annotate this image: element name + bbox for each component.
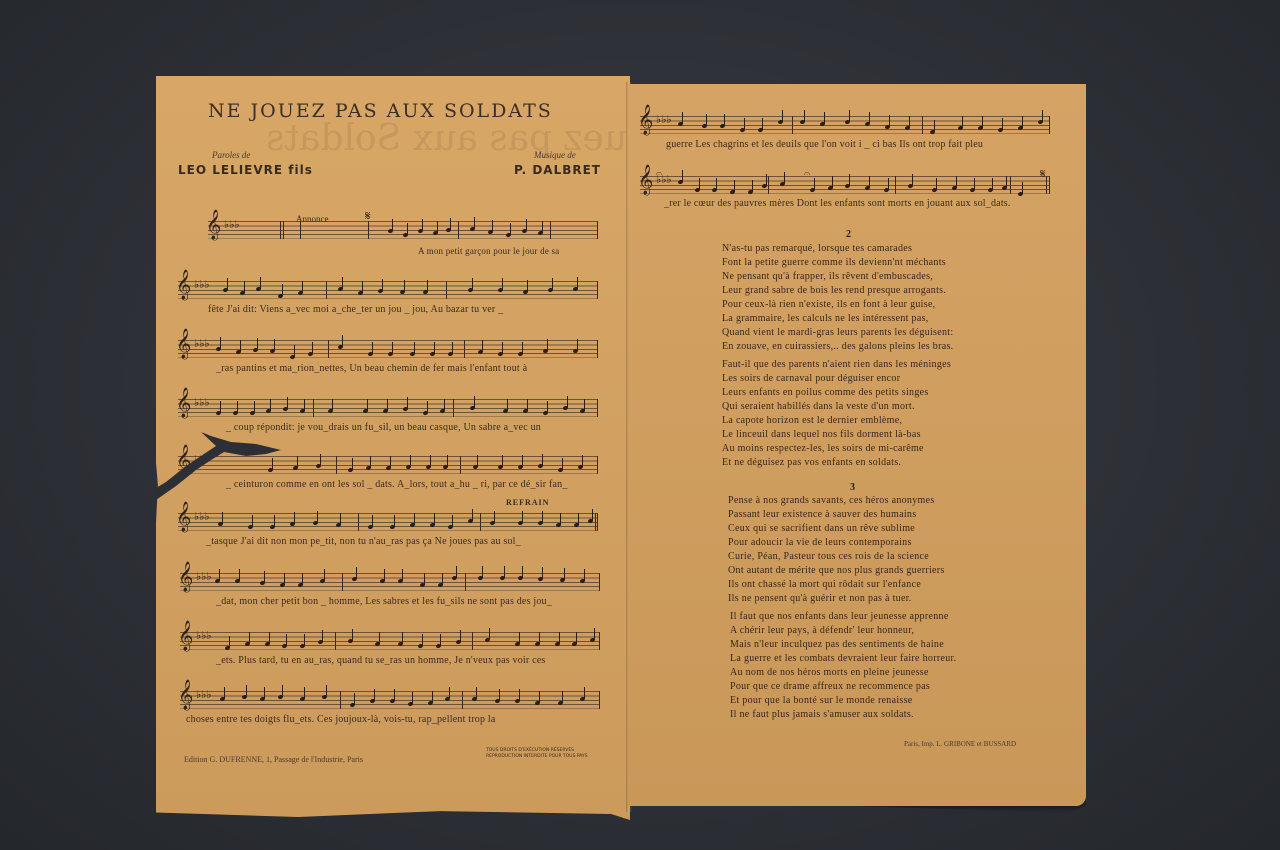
note-stem xyxy=(387,399,388,411)
note-stem xyxy=(249,632,250,644)
note-stem xyxy=(444,399,445,411)
note-stem xyxy=(547,401,548,413)
lyric-line-6: _tasque J'ai dit non mon pe_tit, non tu … xyxy=(206,536,521,547)
note-stem xyxy=(239,569,240,581)
note-stem xyxy=(370,456,371,468)
note-stem xyxy=(342,335,343,347)
publisher-imprint: Edition G. DUFRENNE, 1, Passage de l'Ind… xyxy=(184,755,363,764)
music-staff-10: 𝄞♭♭♭ xyxy=(640,116,1050,134)
treble-clef-icon: 𝄞 xyxy=(638,107,653,133)
note-stem xyxy=(414,513,415,525)
note-stem xyxy=(477,455,478,467)
music-staff-8: 𝄞♭♭♭ xyxy=(180,632,600,650)
fermata-icon: 𝄐 xyxy=(804,168,810,181)
song-title: NE JOUEZ PAS AUX SOLDATS xyxy=(208,100,553,122)
verse-line: Leurs enfants en poilus comme des petits… xyxy=(722,387,929,398)
note-stem xyxy=(294,512,295,524)
note-stem xyxy=(527,280,528,292)
note-stem xyxy=(956,176,957,188)
rights-notice: TOUS DROITS D'EXÉCUTION RÉSERVÉS REPRODU… xyxy=(486,748,588,760)
note-stem xyxy=(547,339,548,351)
note-stem xyxy=(539,632,540,644)
note-stem xyxy=(427,401,428,413)
verse-line: Ils ne pensent qu'à guérir et non pas à … xyxy=(728,593,912,604)
note-stem xyxy=(412,692,413,704)
note-stem xyxy=(849,174,850,186)
note-stem xyxy=(522,455,523,467)
note-stem xyxy=(274,339,275,351)
note-stem xyxy=(594,628,595,640)
note-stem xyxy=(542,454,543,466)
note-stem xyxy=(352,458,353,470)
note-stem xyxy=(220,337,221,349)
note-stem xyxy=(552,278,553,290)
verse-line: Curie, Péan, Pasteur tous ces rois de la… xyxy=(728,551,929,562)
note-stem xyxy=(332,399,333,411)
lyric-line-2: fête J'ai dit: Viens a_vec moi a_che_ter… xyxy=(208,304,503,315)
treble-clef-icon: 𝄞 xyxy=(176,390,191,416)
composer-label: Musique de xyxy=(534,150,576,160)
note-stem xyxy=(367,399,368,411)
note-stem xyxy=(824,112,825,124)
note-stem xyxy=(869,112,870,124)
music-staff-7: 𝄞♭♭♭ xyxy=(180,573,600,591)
note-stem xyxy=(510,223,511,235)
note-stem xyxy=(502,278,503,290)
note-stem xyxy=(934,120,935,132)
verse-number: 3 xyxy=(850,482,855,493)
treble-clef-icon: 𝄞 xyxy=(176,272,191,298)
note-stem xyxy=(782,110,783,122)
note-stem xyxy=(562,458,563,470)
note-stem xyxy=(499,689,500,701)
note-stem xyxy=(472,509,473,521)
note-stem xyxy=(1006,176,1007,188)
note-stem xyxy=(526,219,527,231)
note-stem xyxy=(450,218,451,230)
lyric-line-11: _rer le cœur des pauvres mères Dont les … xyxy=(664,198,1011,209)
note-stem xyxy=(682,112,683,124)
note-stem xyxy=(699,178,700,190)
note-stem xyxy=(482,566,483,578)
note-stem xyxy=(734,180,735,192)
note-stem xyxy=(407,223,408,235)
note-stem xyxy=(354,693,355,705)
note-stem xyxy=(869,176,870,188)
note-stem xyxy=(222,512,223,524)
note-stem xyxy=(240,340,241,352)
note-stem xyxy=(372,515,373,527)
treble-clef-icon: 𝄞 xyxy=(178,623,193,649)
note-stem xyxy=(744,118,745,130)
verse-line: Leur grand sabre de bois les rend presqu… xyxy=(722,285,946,296)
verse-line: Et pour que la bonté sur le monde renais… xyxy=(730,695,913,706)
music-staff-3: 𝄞♭♭♭ xyxy=(178,340,598,358)
note-stem xyxy=(804,110,805,122)
note-stem xyxy=(1042,110,1043,122)
note-stem xyxy=(936,178,937,190)
note-stem xyxy=(562,691,563,703)
note-stem xyxy=(449,687,450,699)
note-stem xyxy=(424,573,425,585)
note-stem xyxy=(356,567,357,579)
note-stem xyxy=(342,277,343,289)
lyric-line-9: choses entre tes doigts flu_ets. Ces jou… xyxy=(186,714,496,725)
verse-line: En zouave, en cuirassiers,.. des galons … xyxy=(722,341,953,352)
note-stem xyxy=(410,455,411,467)
note-stem xyxy=(522,342,523,354)
note-stem xyxy=(724,114,725,126)
verse-line: Il faut que nos enfants dans leur jeunes… xyxy=(730,611,949,622)
note-stem xyxy=(527,399,528,411)
note-stem xyxy=(974,178,975,190)
note-stem xyxy=(274,515,275,527)
note-stem xyxy=(394,515,395,527)
note-stem xyxy=(576,632,577,644)
music-staff-9: 𝄞♭♭♭ xyxy=(180,691,600,709)
note-stem xyxy=(456,566,457,578)
lyric-line-8: _ets. Plus tard, tu en au_ras, quand tu … xyxy=(216,655,545,666)
note-stem xyxy=(244,281,245,293)
treble-clef-icon: 𝄞 xyxy=(178,564,193,590)
verse-line: Ils ont chassé la mort qui rôdait sur l'… xyxy=(728,579,921,590)
note-stem xyxy=(489,628,490,640)
note-stem xyxy=(246,685,247,697)
note-stem xyxy=(542,221,543,233)
note-stem xyxy=(889,115,890,127)
verse-line: Et ne déguisez pas vos enfants en soldat… xyxy=(722,457,901,468)
note-stem xyxy=(912,174,913,186)
music-staff-4: 𝄞♭♭♭ xyxy=(178,399,598,417)
fermata-icon: 𝄐 xyxy=(656,168,662,181)
note-stem xyxy=(474,396,475,408)
rights-line-2: REPRODUCTION INTERDITE POUR TOUS PAYS xyxy=(486,754,588,760)
note-stem xyxy=(394,689,395,701)
note-stem xyxy=(326,685,327,697)
verse-line: Pour adoucir la vie de leurs contemporai… xyxy=(728,537,912,548)
note-stem xyxy=(447,455,448,467)
note-stem xyxy=(502,342,503,354)
lyricist-name: LEO LELIEVRE fils xyxy=(178,163,313,177)
note-stem xyxy=(752,180,753,192)
note-stem xyxy=(577,277,578,289)
note-stem xyxy=(982,116,983,128)
treble-clef-icon: 𝄞 xyxy=(638,167,653,193)
lyric-line-3: _ras pantins et ma_rion_nettes, Un beau … xyxy=(216,363,527,374)
note-stem xyxy=(578,513,579,525)
note-stem xyxy=(716,178,717,190)
verse-line: Pense à nos grands savants, ces héros an… xyxy=(728,495,935,506)
note-stem xyxy=(340,513,341,525)
note-stem xyxy=(434,342,435,354)
verse-line: Au nom de nos héros morts en pleine jeun… xyxy=(730,667,929,678)
note-stem xyxy=(494,511,495,523)
verse-number: 2 xyxy=(846,229,851,240)
note-stem xyxy=(402,569,403,581)
note-stem xyxy=(1022,182,1023,194)
lyric-line-1: A mon petit garçon pour le jour de sa xyxy=(418,246,559,256)
note-stem xyxy=(254,401,255,413)
verse-line: Font la petite guerre comme ils devienn'… xyxy=(722,257,946,268)
note-stem xyxy=(888,178,889,190)
sheet-music-right-page: 𝄞♭♭♭ guerre Les chagrins et les deuils q… xyxy=(628,84,1086,806)
note-stem xyxy=(322,630,323,642)
note-stem xyxy=(442,573,443,585)
note-stem xyxy=(282,685,283,697)
note-stem xyxy=(706,114,707,126)
note-stem xyxy=(962,116,963,128)
note-stem xyxy=(227,278,228,290)
note-stem xyxy=(507,399,508,411)
note-stem xyxy=(762,118,763,130)
note-stem xyxy=(264,571,265,583)
note-stem xyxy=(584,569,585,581)
verse-line: Ont autant de mérite que nos plus grands… xyxy=(728,565,945,576)
verse-line: N'as-tu pas remarqué, lorsque tes camara… xyxy=(722,243,912,254)
note-stem xyxy=(584,687,585,699)
note-stem xyxy=(219,569,220,581)
music-staff-2: 𝄞♭♭♭ xyxy=(178,281,598,299)
note-stem xyxy=(374,689,375,701)
verse-line: La grammaire, les calculs ne les intéres… xyxy=(722,313,929,324)
note-stem xyxy=(814,178,815,190)
note-stem xyxy=(304,399,305,411)
note-stem xyxy=(452,515,453,527)
note-stem xyxy=(476,687,477,699)
note-stem xyxy=(584,399,585,411)
note-stem xyxy=(784,172,785,184)
paper-tear xyxy=(156,430,286,510)
note-stem xyxy=(582,455,583,467)
verse-line: Il ne faut plus jamais s'amuser aux sold… xyxy=(730,709,914,720)
music-staff-11: 𝄞♭♭♭ xyxy=(640,176,1050,194)
composer-name: P. DALBRET xyxy=(514,163,601,177)
verse-line: Le linceuil dans lequel nos fils dorment… xyxy=(722,429,921,440)
note-stem xyxy=(294,345,295,357)
note-stem xyxy=(832,176,833,188)
note-stem xyxy=(474,217,475,229)
note-stem xyxy=(452,342,453,354)
note-stem xyxy=(592,509,593,521)
note-stem xyxy=(252,515,253,527)
note-stem xyxy=(460,630,461,642)
note-stem xyxy=(519,632,520,644)
note-stem xyxy=(430,455,431,467)
note-stem xyxy=(577,339,578,351)
note-stem xyxy=(270,399,271,411)
note-stem xyxy=(567,396,568,408)
note-stem xyxy=(432,691,433,703)
note-stem xyxy=(414,342,415,354)
note-stem xyxy=(1002,118,1003,130)
note-stem xyxy=(909,116,910,128)
note-stem xyxy=(269,632,270,644)
note-stem xyxy=(422,219,423,231)
note-stem xyxy=(352,629,353,641)
note-stem xyxy=(372,342,373,354)
note-stem xyxy=(392,219,393,231)
treble-clef-icon: 𝄞 xyxy=(176,331,191,357)
note-stem xyxy=(560,513,561,525)
note-stem xyxy=(390,456,391,468)
note-stem xyxy=(564,568,565,580)
verse-line: Mais n'leur inculquez pas des sentiments… xyxy=(730,639,944,650)
verse-line: Au moins respectez-les, les soirs de mi-… xyxy=(722,443,924,454)
note-stem xyxy=(542,567,543,579)
note-stem xyxy=(434,513,435,525)
lyricist-label: Paroles de xyxy=(212,150,250,160)
note-stem xyxy=(407,397,408,409)
note-stem xyxy=(324,569,325,581)
verse-line: Faut-il que des parents n'aient rien dan… xyxy=(722,359,951,370)
note-stem xyxy=(257,338,258,350)
note-stem xyxy=(282,284,283,296)
verse-line: La capote horizon est le dernier emblème… xyxy=(722,415,902,426)
note-stem xyxy=(287,397,288,409)
treble-clef-icon: 𝄞 xyxy=(206,212,221,238)
note-stem xyxy=(559,632,560,644)
note-stem xyxy=(297,456,298,468)
note-stem xyxy=(539,691,540,703)
note-stem xyxy=(1022,116,1023,128)
note-stem xyxy=(849,110,850,122)
treble-clef-icon: 𝄞 xyxy=(178,682,193,708)
note-stem xyxy=(317,511,318,523)
note-stem xyxy=(286,634,287,646)
note-stem xyxy=(482,340,483,352)
note-stem xyxy=(992,178,993,190)
music-staff-1: 𝄞♭♭♭ xyxy=(208,221,598,239)
verse-line: Quand vient le mardi-gras leurs parents … xyxy=(722,327,953,338)
note-stem xyxy=(320,454,321,466)
note-stem xyxy=(519,689,520,701)
lyric-line-7: _dat, mon cher petit bon _ homme, Les sa… xyxy=(216,596,552,607)
note-stem xyxy=(522,566,523,578)
note-stem xyxy=(304,687,305,699)
verse-line: Passant leur existence à sauver des huma… xyxy=(728,509,916,520)
note-stem xyxy=(766,174,767,186)
note-stem xyxy=(302,573,303,585)
verse-line: A chérir leur pays, à défendr' leur honn… xyxy=(730,625,914,636)
verse-line: Pour ceux-là rien n'existe, ils en font … xyxy=(722,299,935,310)
note-stem xyxy=(492,220,493,232)
note-stem xyxy=(542,511,543,523)
note-stem xyxy=(427,280,428,292)
note-stem xyxy=(264,687,265,699)
music-staff-6: 𝄞♭♭♭ xyxy=(178,513,598,531)
note-stem xyxy=(237,401,238,413)
note-stem xyxy=(224,687,225,699)
note-stem xyxy=(302,281,303,293)
note-stem xyxy=(502,455,503,467)
verse-line: La guerre et les combats devraient leur … xyxy=(730,653,956,664)
segno-icon: 𝄋 xyxy=(1040,166,1046,182)
note-stem xyxy=(220,401,221,413)
verse-line: Ceux qui se sacrifient dans un rêve subl… xyxy=(728,523,915,534)
note-stem xyxy=(260,277,261,289)
note-stem xyxy=(229,636,230,648)
note-stem xyxy=(437,221,438,233)
verse-line: Qui seraient habillés dans la veste d'un… xyxy=(722,401,915,412)
note-stem xyxy=(382,279,383,291)
note-stem xyxy=(402,632,403,644)
note-stem xyxy=(422,634,423,646)
verse-line: Les soirs de carnaval pour déguiser enco… xyxy=(722,373,900,384)
note-stem xyxy=(304,634,305,646)
note-stem xyxy=(440,634,441,646)
printer-imprint: Paris, Imp. L. GRIBONE et BUSSARD xyxy=(904,740,1016,748)
lyric-line-10: guerre Les chagrins et les deuils que l'… xyxy=(666,139,983,150)
verse-line: Ne pensant qu'à frapper, ils rêvent d'em… xyxy=(722,271,933,282)
note-stem xyxy=(384,569,385,581)
note-stem xyxy=(284,573,285,585)
note-stem xyxy=(362,281,363,293)
note-stem xyxy=(312,342,313,354)
refrain-label: REFRAIN xyxy=(506,498,549,507)
note-stem xyxy=(379,632,380,644)
note-stem xyxy=(504,566,505,578)
verse-line: Pour que ce drame affreux ne recommence … xyxy=(730,681,930,692)
note-stem xyxy=(472,278,473,290)
note-stem xyxy=(682,170,683,182)
note-stem xyxy=(522,511,523,523)
note-stem xyxy=(392,342,393,354)
note-stem xyxy=(404,280,405,292)
